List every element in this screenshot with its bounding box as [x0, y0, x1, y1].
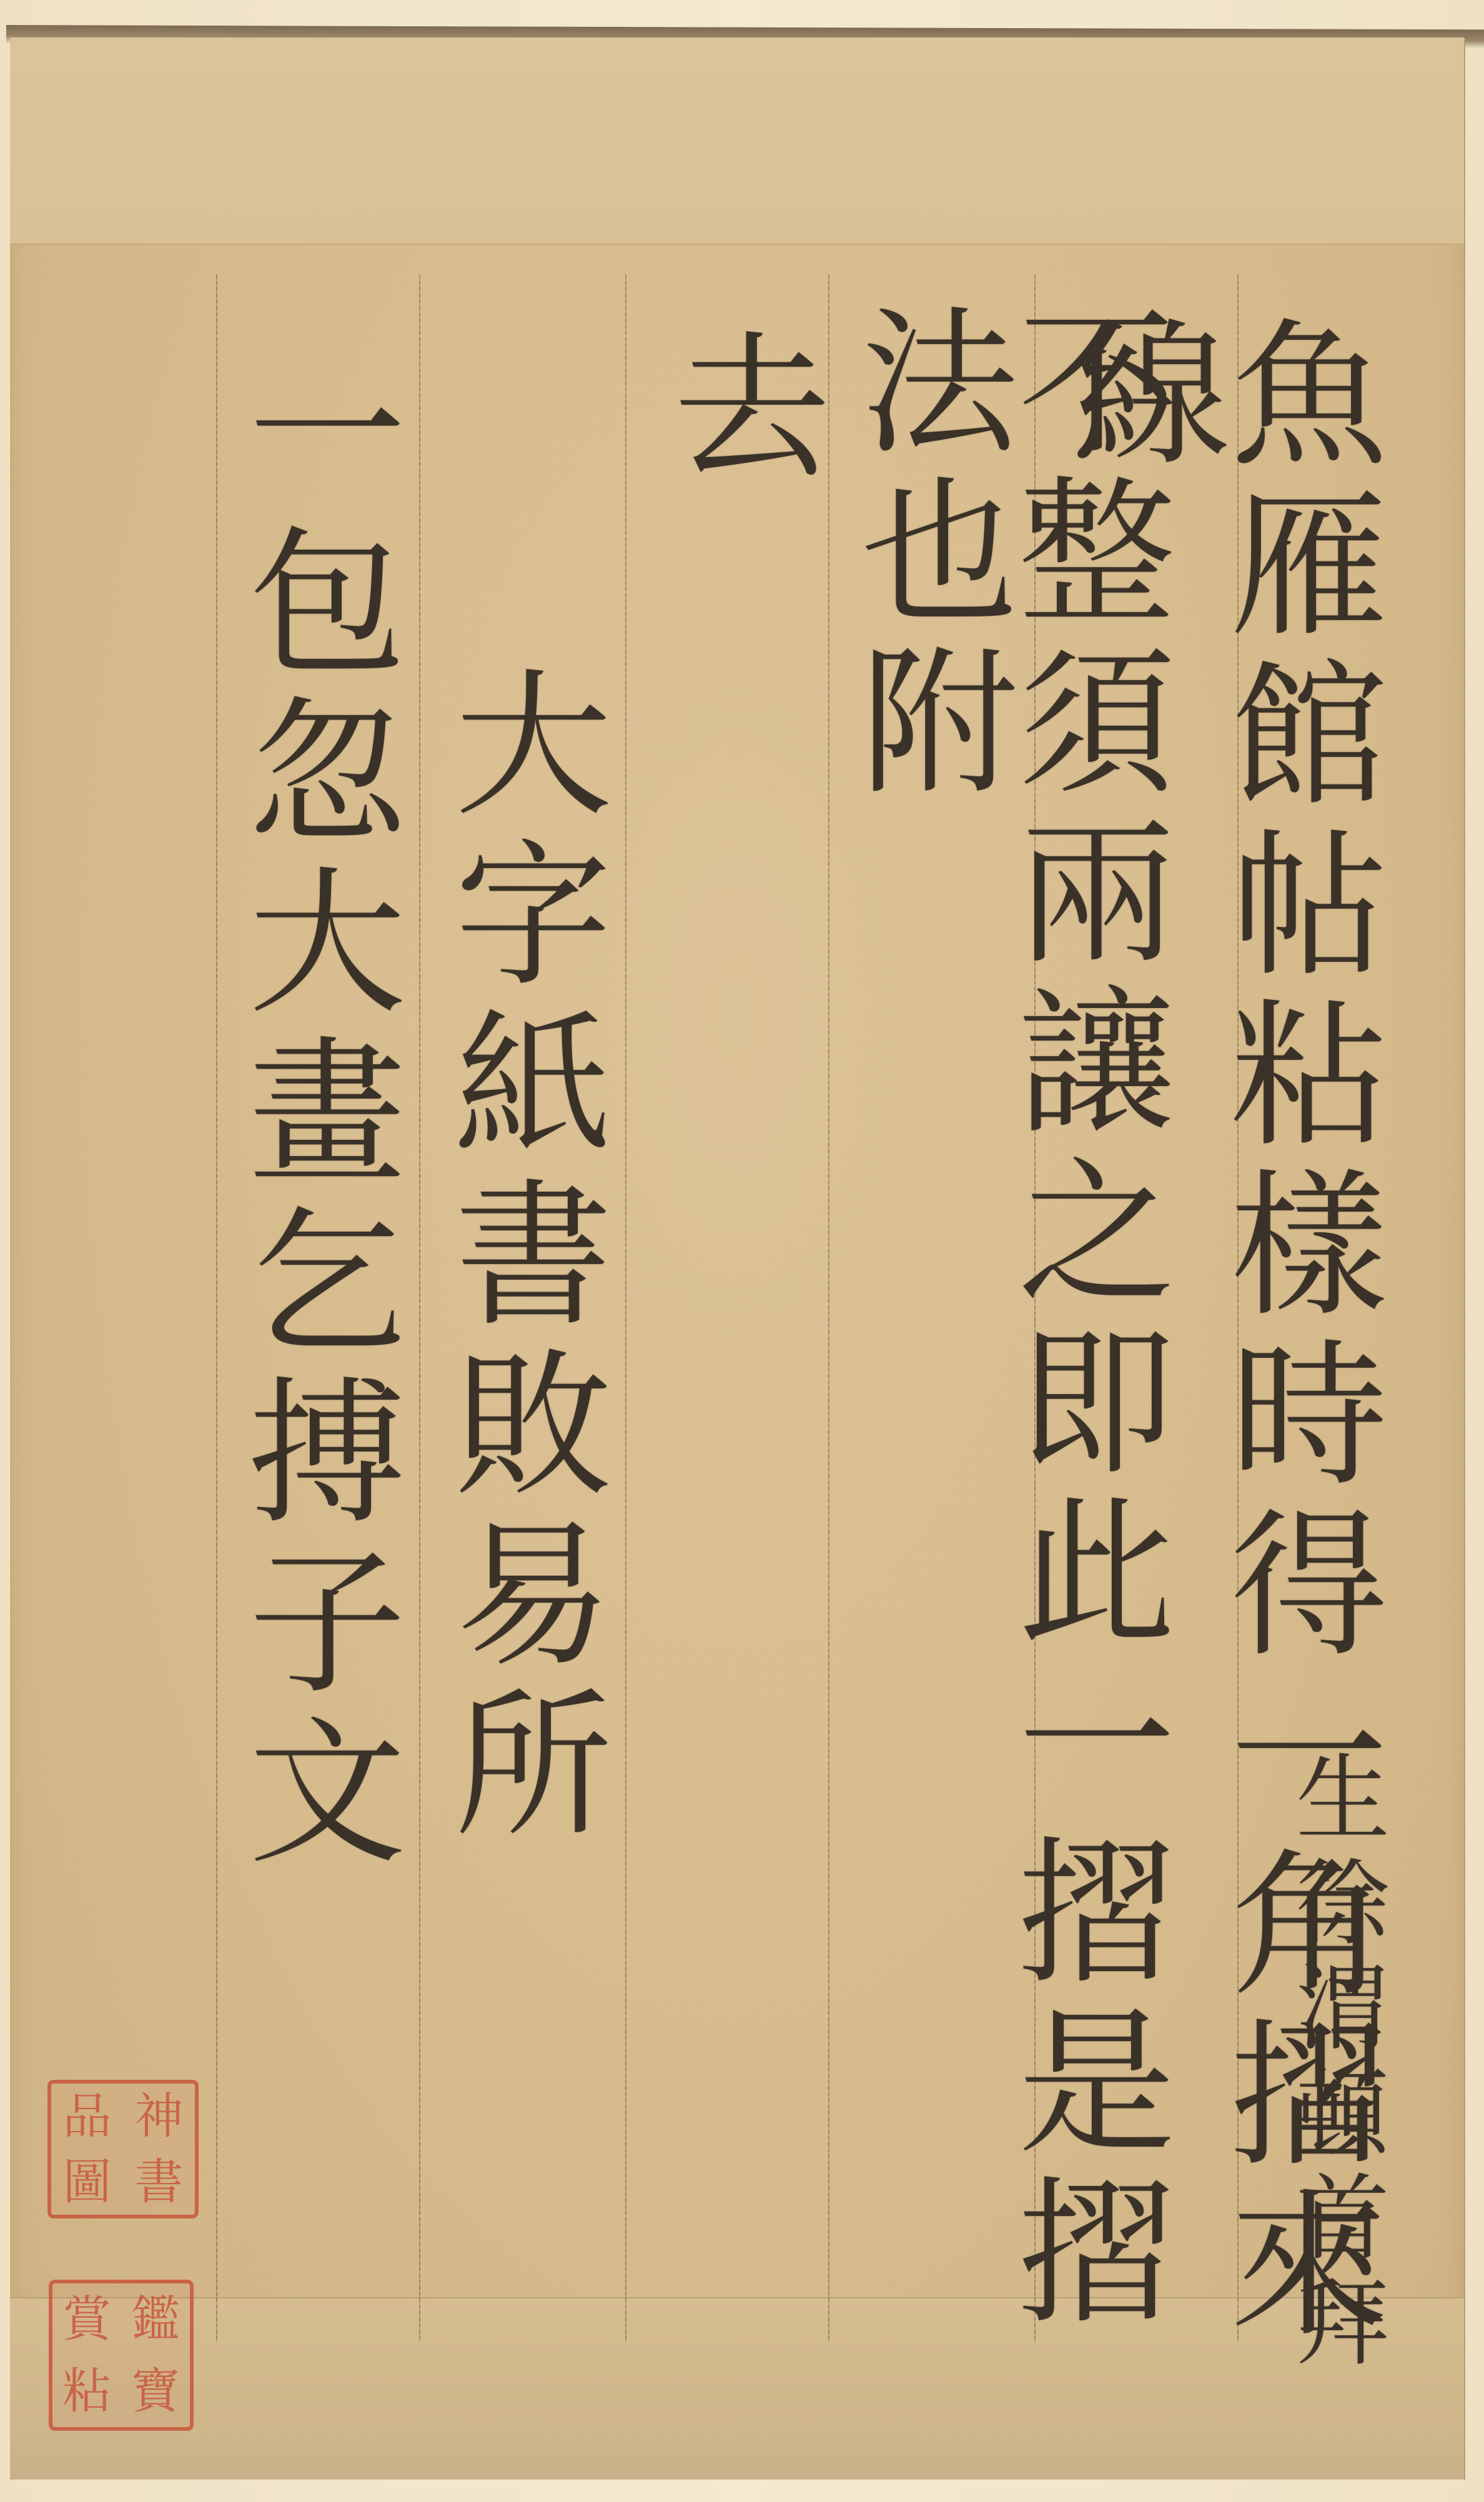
column-rule [419, 275, 420, 2342]
text-column-5: 一包忽大畫乞搏子文 [235, 350, 392, 1879]
column-rule [625, 275, 626, 2342]
top-margin-band [10, 37, 1464, 245]
text-column-3: 去 [660, 325, 817, 495]
seal-char: 圖 [51, 2149, 123, 2215]
seal-char: 書 [123, 2149, 195, 2215]
seal-stamp-lower: 鑑 賞 寶 粘 [49, 2280, 194, 2431]
letter-paper: 生徐渭頓首拜 魚雁館帖粘樣時得一角摺來線 不整須兩讓之即此一摺是摺法也附 去 大… [10, 37, 1465, 2480]
column-rule [216, 275, 217, 2342]
text-column-4: 大字紙書敗易所 [441, 662, 598, 1852]
seal-char: 粘 [52, 2355, 121, 2427]
seal-char: 鑑 [121, 2283, 190, 2355]
column-rule [828, 275, 829, 2342]
seal-char: 神 [123, 2084, 195, 2149]
text-column-2: 不整須兩讓之即此一摺是摺法也附 [847, 300, 1162, 2480]
seal-char: 賞 [52, 2283, 121, 2355]
seal-stamp-upper: 神 品 書 圖 [47, 2080, 199, 2218]
seal-char: 品 [51, 2084, 123, 2149]
seal-char: 寶 [121, 2355, 190, 2427]
